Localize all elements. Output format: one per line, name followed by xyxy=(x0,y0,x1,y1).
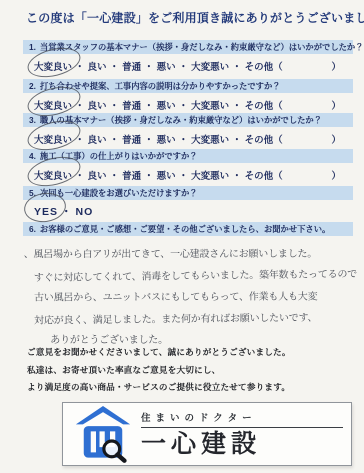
option-separator: ・ xyxy=(179,59,189,73)
answer-option: 悪い xyxy=(156,98,177,112)
option-separator: ・ xyxy=(144,98,154,112)
option-separator: ・ xyxy=(232,132,242,146)
option-separator: ・ xyxy=(110,59,120,73)
answer-option: 悪い xyxy=(156,132,177,146)
option-separator: ・ xyxy=(179,98,189,112)
answer-option: 悪い xyxy=(156,59,177,73)
question-number: 6. xyxy=(29,224,36,234)
option-separator: ・ xyxy=(179,168,189,182)
question-number: 2. xyxy=(29,81,36,91)
company-logo-box: 住まいのドクター 一心建設 xyxy=(62,402,352,466)
option-separator: ・ xyxy=(110,132,120,146)
footer-note: ご意見をお聞かせくださいまして、誠にありがとうございました。 私達は、お寄せ頂い… xyxy=(27,346,347,399)
answer-option: NO xyxy=(75,206,95,218)
answer-option: 大変悪い xyxy=(190,98,230,112)
selected-answer-option: 大変良い xyxy=(33,59,73,73)
other-blank-close-paren: ） xyxy=(331,168,341,182)
answer-option: その他（ xyxy=(244,59,284,73)
option-separator: ・ xyxy=(144,168,154,182)
selected-answer-option: 大変良い xyxy=(33,98,73,112)
question-text: 職人の基本マナー（挨拶・身だしなみ・約束厳守など）はいかがでしたか？ xyxy=(40,114,322,126)
answer-option: 良い xyxy=(87,168,108,182)
option-separator: ・ xyxy=(232,98,242,112)
answer-option: 良い xyxy=(87,98,108,112)
selected-answer-option: 大変良い xyxy=(33,132,73,146)
question-text: 次回も一心建設をお選びいただけますか？ xyxy=(40,187,198,199)
comment-line: 古い風呂から、ユニットバスにもしてもらって、作業も人も大変 xyxy=(24,287,360,310)
answer-option: 良い xyxy=(87,59,108,73)
question-header-5: 5. 次回も一心建設をお選びいただけますか？ xyxy=(23,186,353,200)
other-blank-close-paren: ） xyxy=(331,132,341,146)
answer-option: その他（ xyxy=(244,132,284,146)
answer-options: 大変良い・良い・普通・悪い・大変悪い・その他（ xyxy=(33,59,284,73)
footer-line: 私達は、お寄せ頂いた率直なご意見を大切にし、 xyxy=(27,364,347,382)
comment-line: 、風呂場から白アリが出てきて、一心建設さんにお願いしました。 xyxy=(24,245,360,267)
answer-option: 普通 xyxy=(121,59,142,73)
logo-tagline: 住まいのドクター xyxy=(141,410,343,428)
answer-options: 大変良い・良い・普通・悪い・大変悪い・その他（ xyxy=(33,98,284,112)
answer-options: 大変良い・良い・普通・悪い・大変悪い・その他（ xyxy=(33,168,284,182)
selected-answer-option: 大変良い xyxy=(33,168,73,182)
answer-options: YES・NO xyxy=(33,204,94,219)
answer-option: 大変悪い xyxy=(190,132,230,146)
answer-option: その他（ xyxy=(244,168,284,182)
option-separator: ・ xyxy=(144,132,154,146)
question-text: 当営業スタッフの基本マナー（挨拶・身だしなみ・約束厳守など）はいかがでしたか？ xyxy=(40,41,364,53)
answer-option: 良い xyxy=(87,132,108,146)
answer-row-1: 大変良い・良い・普通・悪い・大変悪い・その他（ ） xyxy=(33,58,355,73)
company-name: 一心建設 xyxy=(141,431,343,459)
answer-row-5: YES・NO xyxy=(33,204,355,219)
page-title: この度は「一心建設」をご利用頂き誠にありがとうございました。 xyxy=(26,9,358,26)
answer-row-4: 大変良い・良い・普通・悪い・大変悪い・その他（ ） xyxy=(33,167,355,182)
answer-option: 普通 xyxy=(121,132,142,146)
logo-text: 住まいのドクター 一心建設 xyxy=(141,410,343,459)
selected-answer-option: YES xyxy=(33,206,59,218)
question-header-6: 6. お客様のご意見・ご感想・ご要望・その他ございましたら、お聞かせ下さい。 xyxy=(23,222,353,236)
option-separator: ・ xyxy=(144,59,154,73)
option-separator: ・ xyxy=(110,168,120,182)
option-separator: ・ xyxy=(110,98,120,112)
question-number: 4. xyxy=(29,151,36,161)
option-separator: ・ xyxy=(232,59,242,73)
question-number: 1. xyxy=(29,42,36,52)
answer-option: その他（ xyxy=(244,98,284,112)
question-text: お客様のご意見・ご感想・ご要望・その他ございましたら、お聞かせ下さい。 xyxy=(40,223,330,235)
other-blank-close-paren: ） xyxy=(331,59,341,73)
answer-option: 大変悪い xyxy=(190,59,230,73)
comment-line: すぐに対応してくれて、消毒をしてもらいました。築年数もたってるので xyxy=(24,264,360,290)
other-blank-close-paren: ） xyxy=(331,98,341,112)
answer-option: 悪い xyxy=(156,168,177,182)
answer-row-3: 大変良い・良い・普通・悪い・大変悪い・その他（ ） xyxy=(33,131,355,146)
option-separator: ・ xyxy=(232,168,242,182)
house-magnifier-icon xyxy=(75,405,131,463)
answer-option: 普通 xyxy=(121,98,142,112)
footer-line: より満足度の高い商品・サービスのご提供に役立たせて参ります。 xyxy=(27,381,347,399)
answer-option: 大変悪い xyxy=(190,168,230,182)
footer-line: ご意見をお聞かせくださいまして、誠にありがとうございました。 xyxy=(27,346,347,364)
answer-options: 大変良い・良い・普通・悪い・大変悪い・その他（ xyxy=(33,132,284,146)
question-number: 3. xyxy=(29,115,36,125)
answer-row-2: 大変良い・良い・普通・悪い・大変悪い・その他（ ） xyxy=(33,97,355,112)
comment-line: 対応が良く、満足しました。また何か有ればお願いしたいです、 xyxy=(24,308,360,333)
answer-option: 普通 xyxy=(121,168,142,182)
option-separator: ・ xyxy=(179,132,189,146)
handwritten-comment: 、風呂場から白アリが出てきて、一心建設さんにお願いしました。 すぐに対応してくれ… xyxy=(24,244,361,354)
